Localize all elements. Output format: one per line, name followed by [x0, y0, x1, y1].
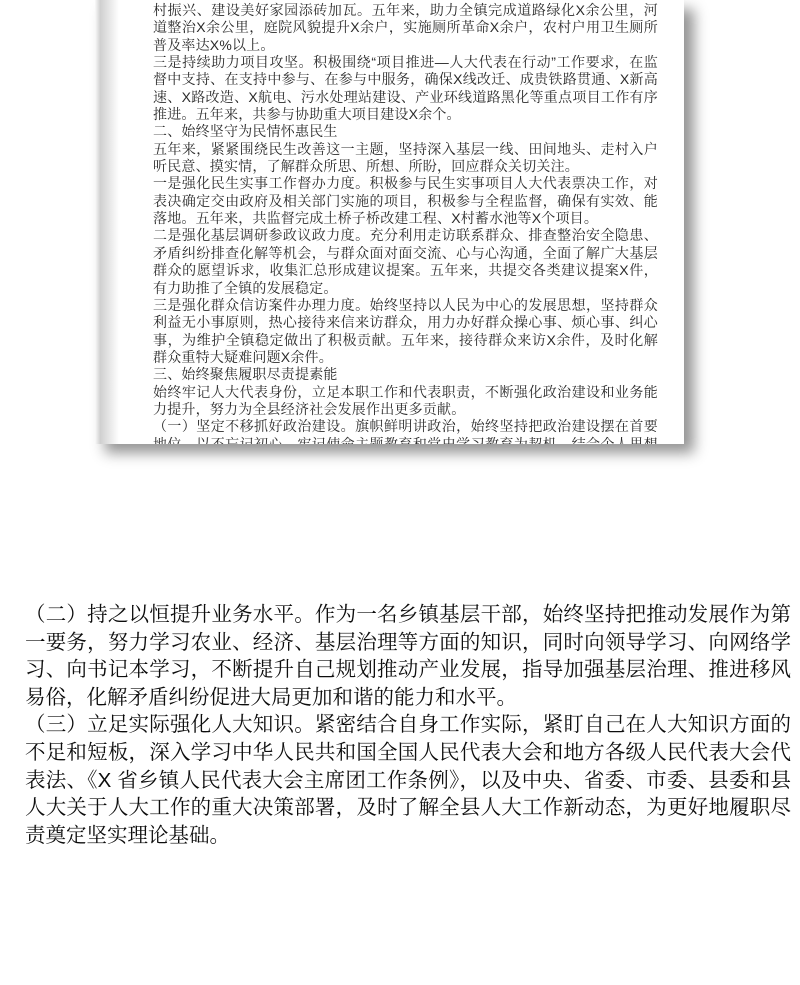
document-section-heading: 二、始终坚守为民情怀惠民生: [153, 123, 658, 140]
document-paragraph: 始终牢记人大代表身份，立足本职工作和代表职责，不断强化政治建设和业务能力提升，努…: [153, 384, 658, 419]
document-paragraph: 二是强化基层调研参政议政力度。充分利用走访联系群众、排查整治安全隐患、矛盾纠纷排…: [153, 227, 658, 296]
page-canvas: 村振兴、建设美好家园添砖加瓦。五年来，助力全镇完成道路绿化X余公里，河道整治X余…: [0, 0, 800, 985]
page-left-edge-shading: [95, 0, 119, 444]
document-paragraph: 三是强化群众信访案件办理力度。始终坚持以人民为中心的发展思想，坚持群众利益无小事…: [153, 297, 658, 366]
scanned-document-page: 村振兴、建设美好家园添砖加瓦。五年来，助力全镇完成道路绿化X余公里，河道整治X余…: [95, 0, 684, 444]
document-section-heading: 三、始终聚焦履职尽责提素能: [153, 366, 658, 383]
document-paragraph: 村振兴、建设美好家园添砖加瓦。五年来，助力全镇完成道路绿化X余公里，河道整治X余…: [153, 2, 658, 54]
body-paragraph: （二）持之以恒提升业务水平。作为一名乡镇基层干部，始终坚持把推动发展作为第一要务…: [25, 601, 791, 711]
document-paragraph: 五年来，紧紧围绕民生改善这一主题，坚持深入基层一线、田间地头、走村入户听民意、摸…: [153, 141, 658, 176]
document-paragraph: （一）坚定不移抓好政治建设。旗帜鲜明讲政治，始终坚持把政治建设摆在首要地位，以不…: [153, 418, 658, 444]
body-text-section: （二）持之以恒提升业务水平。作为一名乡镇基层干部，始终坚持把推动发展作为第一要务…: [25, 601, 791, 849]
document-paragraph: 三是持续助力项目攻坚。积极围绕“项目推进—人大代表在行动”工作要求，在监督中支持…: [153, 54, 658, 123]
scanned-document-text: 村振兴、建设美好家园添砖加瓦。五年来，助力全镇完成道路绿化X余公里，河道整治X余…: [153, 2, 658, 444]
document-paragraph: 一是强化民生实事工作督办力度。积极参与民生实事项目人大代表票决工作，对表决确定交…: [153, 175, 658, 227]
body-paragraph: （三）立足实际强化人大知识。紧密结合自身工作实际，紧盯自己在人大知识方面的不足和…: [25, 711, 791, 849]
